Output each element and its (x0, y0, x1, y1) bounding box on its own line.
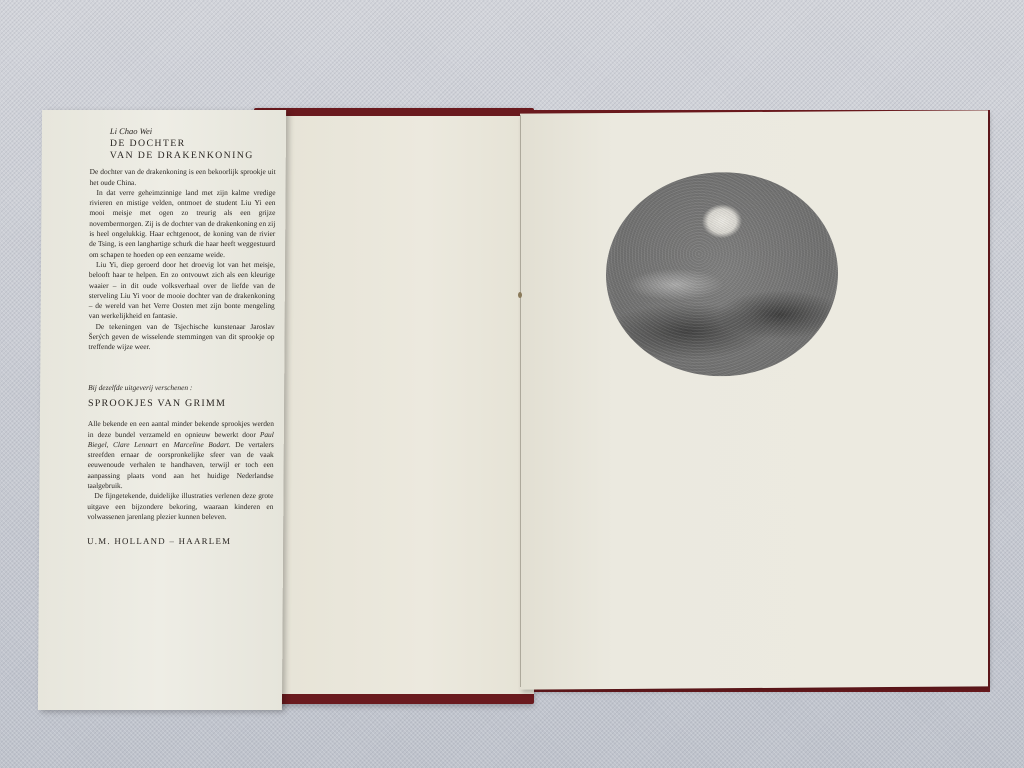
title-line-2: VAN DE DRAKENKONING (110, 150, 276, 162)
translator-name: Marceline Bodart (174, 440, 229, 449)
also-published-note: Bij dezelfde uitgeverij verschenen : (88, 383, 274, 393)
title-line-1: DE DOCHTER (110, 138, 276, 150)
second-book-title: SPROOKJES VAN GRIMM (88, 399, 274, 409)
second-book-paragraph: Alle bekende en een aantal minder bekend… (87, 419, 274, 491)
author-name: Li Chao Wei (90, 126, 276, 136)
blurb-paragraph: Liu Yi, diep geroerd door het droevig lo… (89, 260, 275, 322)
blurb-paragraph: In dat verre geheimzinnige land met zijn… (89, 188, 276, 260)
book-gutter (520, 115, 521, 687)
text-span: Alle bekende en een aantal minder bekend… (88, 419, 274, 438)
paper-spot (518, 292, 522, 298)
text-span: en (158, 440, 174, 449)
publisher-line: U.M. HOLLAND – HAARLEM (87, 536, 273, 546)
title-page-right (520, 110, 988, 689)
dust-jacket-flap: Li Chao Wei DE DOCHTER VAN DE DRAKENKONI… (38, 110, 286, 710)
book-title: DE DOCHTER VAN DE DRAKENKONING (90, 138, 276, 161)
moon-waves-illustration (606, 171, 838, 377)
endpaper-left-page (262, 116, 534, 694)
blurb-paragraph: De dochter van de drakenkoning is een be… (90, 167, 276, 188)
flap-text: Li Chao Wei DE DOCHTER VAN DE DRAKENKONI… (87, 126, 276, 547)
blurb-paragraph: De tekeningen van de Tsjechische kunsten… (88, 322, 274, 353)
second-book-paragraph: De fijngetekende, duidelijke illustratie… (87, 491, 273, 522)
